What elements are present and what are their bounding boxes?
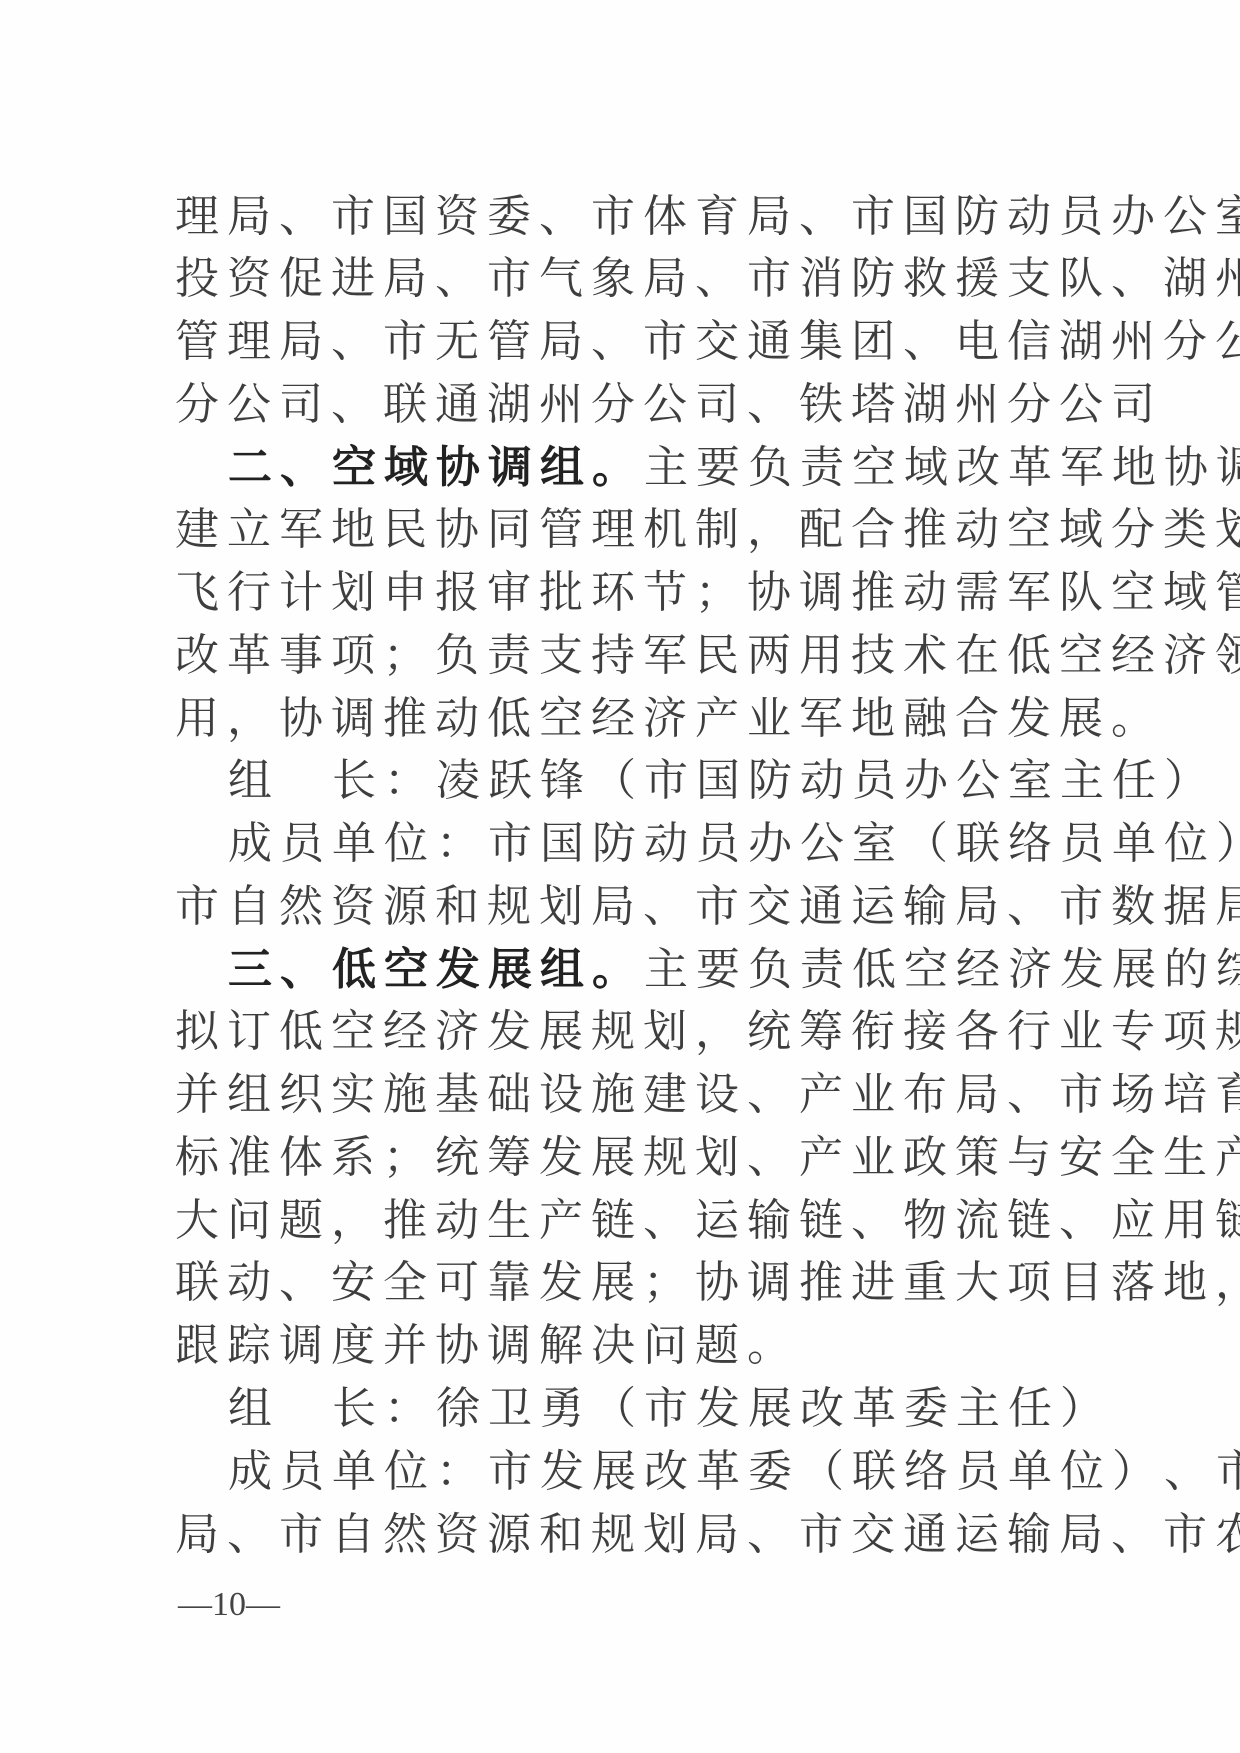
group-leader-line: 组 长：凌跃锋（市国防动员办公室主任） — [228, 750, 1080, 812]
text-line: 跟踪调度并协调解决问题。 — [175, 1315, 1080, 1377]
document-page: 理局、市国资委、市体育局、市国防动员办公室、市数据局、 投资促进局、市气象局、市… — [0, 0, 1240, 1753]
text-run: 主要负责低空经济发展的综合协调工作， — [644, 939, 1240, 1001]
page-number: —10— — [178, 1585, 280, 1625]
text-line: 飞行计划申报审批环节；协调推动需军队空域管理部门支持的 — [175, 562, 1080, 624]
text-line: 并组织实施基础设施建设、产业布局、市场培育、政策法规和 — [175, 1064, 1080, 1126]
section-heading: 二、空域协调组。 — [228, 437, 644, 499]
members-line: 成员单位：市发展改革委（联络员单位）、市经济和信息化 — [228, 1441, 1080, 1503]
text-line: 局、市自然资源和规划局、市交通运输局、市农业农村局、市 — [175, 1504, 1080, 1566]
text-line: 理局、市国资委、市体育局、市国防动员办公室、市数据局、 — [175, 186, 1080, 248]
text-line: 投资促进局、市气象局、市消防救援支队、湖州海关、市邮政 — [175, 248, 1080, 310]
section-heading: 三、低空发展组。 — [228, 939, 644, 1001]
text-line: 标准体系；统筹发展规划、产业政策与安全生产，协调解决重 — [175, 1127, 1080, 1189]
text-line: 改革事项；负责支持军民两用技术在低空经济领域的研发与应 — [175, 625, 1080, 687]
text-line: 建立军地民协同管理机制，配合推动空域分类划设，优化航线、 — [175, 499, 1080, 561]
text-run: 主要负责空域改革军地协调事项，配合 — [644, 437, 1240, 499]
text-line: 用，协调推动低空经济产业军地融合发展。 — [175, 688, 1080, 750]
text-line: 分公司、联通湖州分公司、铁塔湖州分公司 — [175, 374, 1080, 436]
group-leader-line: 组 长：徐卫勇（市发展改革委主任） — [228, 1378, 1080, 1440]
text-line: 联动、安全可靠发展；协调推进重大项目落地，加强建设项目 — [175, 1252, 1080, 1314]
text-line: 大问题，推动生产链、运输链、物流链、应用链和监管链并行 — [175, 1190, 1080, 1252]
section-heading-line: 三、低空发展组。主要负责低空经济发展的综合协调工作， — [228, 939, 1080, 1001]
text-line: 拟订低空经济发展规划，统筹衔接各行业专项规划，整体谋划 — [175, 1001, 1080, 1063]
text-line: 管理局、市无管局、市交通集团、电信湖州分公司、移动湖州 — [175, 311, 1080, 373]
members-line: 成员单位：市国防动员办公室（联络员单位）、市公安局、 — [228, 813, 1080, 875]
section-heading-line: 二、空域协调组。主要负责空域改革军地协调事项，配合 — [228, 437, 1080, 499]
text-line: 市自然资源和规划局、市交通运输局、市数据局 — [175, 876, 1080, 938]
